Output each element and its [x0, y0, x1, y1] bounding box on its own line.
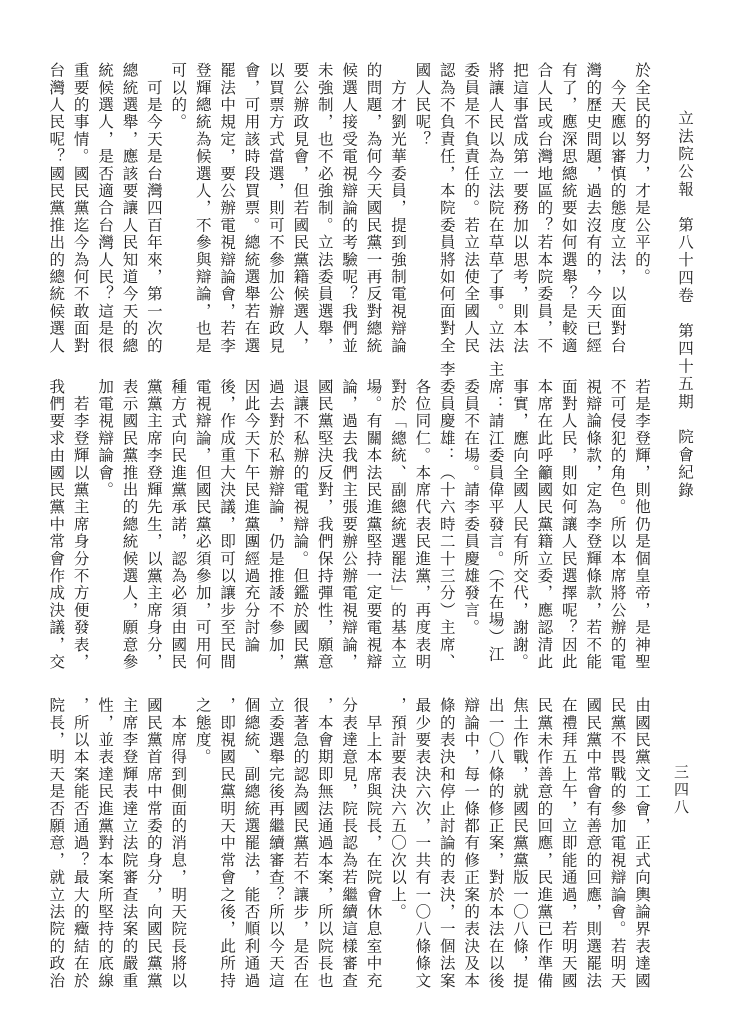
text-column: 面對人民，則如何讓人民選擇呢？因此: [555, 361, 579, 679]
text-column: 條的表決和停止討論的表決，一個法案: [433, 697, 457, 997]
text-column: 國民黨首席中常委的身分，向國民黨黨: [140, 697, 164, 997]
text-column: 黨黨主席李登輝先生，以黨主席身分，: [140, 361, 164, 679]
text-column: 未強制，也不必強制。立法委員選舉，: [311, 62, 335, 362]
text-column: 灣的歷史問題，過去沒有的，今天已經: [580, 62, 604, 362]
text-column: 把這事當成第一要務加以思考，則本法: [507, 62, 531, 362]
text-column: 重要的事情。國民黨迄今為何不敢面對: [67, 62, 91, 362]
text-column: 在禮拜五上午，立即能通過，若明天國: [555, 697, 579, 997]
text-column: 若是李登輝，則他仍是個皇帝，是神聖: [629, 361, 653, 679]
page-number: 三四八: [670, 764, 691, 817]
text-column: 認為不負責任，本院委員將如何面對全: [433, 62, 457, 362]
text-column: 主席：請江委員偉平發言。（不在場）江: [482, 361, 506, 679]
text-column: 李委員慶雄：（十六時二十三分）主席、: [433, 361, 457, 679]
text-column: 主席李登輝表達立法院審查法案的嚴重: [116, 697, 140, 997]
text-column: 方才劉光華委員，提到強制電視辯論: [385, 62, 409, 362]
text-column: 今天應以審慎的態度立法，以面對台: [604, 62, 628, 362]
text-column: 要公辦政見會，但若國民黨籍候選人，: [287, 62, 311, 362]
text-column: 早上本席與院長，在院會休息室中充: [360, 697, 384, 997]
text-column: 後，作成重大決議，即可以讓步至民間: [214, 361, 238, 679]
text-column: 可以的。: [165, 62, 189, 362]
gazette-header: 立法院公報 第八十四卷 第四十五期 院會紀錄: [673, 110, 695, 490]
text-column: 性，並表達民進黨對本案所堅持的底線: [92, 697, 116, 997]
text-column: 出一〇八條的修正案，對於本法在以後: [482, 697, 506, 997]
text-column: 將讓人民以為立法院在草草了事。立法: [482, 62, 506, 362]
text-column: ，即視國民黨明天中常會之後，此所持: [214, 697, 238, 997]
text-band-bottom: 由國民黨文工會，正式向輿論界表達國 民黨不畏戰的參加電視辯論會。若明天 國民黨中…: [39, 697, 653, 997]
document-page: { "page": { "header": "立法院公報 第八十四卷 第四十五期…: [0, 0, 743, 1024]
text-column: 我們要求由國民黨中常會作成決議，交: [43, 361, 67, 679]
text-column: 辯論中，每一條都有修正案的表決及本: [458, 697, 482, 997]
text-column: 統候選人，是否適合台灣人民？這是很: [92, 62, 116, 362]
text-column: 視辯論條款，定為李登輝條款，若不能: [580, 361, 604, 679]
text-column: 各位同仁。本席代表民進黨，再度表明: [409, 361, 433, 679]
text-column: 立委選舉完後再繼續審查？所以今天這: [263, 697, 287, 997]
text-column: 會，可用該時段買票。總統選舉若在選: [238, 62, 262, 362]
text-column: 總統選舉，應該要讓人民知道今天的總: [116, 62, 140, 362]
text-column: 表示國民黨推出的總統候選人，願意參: [116, 361, 140, 679]
text-column: 最少要表決六次，一共有一〇八條條文: [409, 697, 433, 997]
text-column: 合人民或台灣地區的？若本院委員，不: [531, 62, 555, 362]
text-column: 對於「總統、副總統選罷法」的基本立: [385, 361, 409, 679]
text-column: ，本會期即無法通過本案，所以院長也: [311, 697, 335, 997]
text-column: 民黨未作善意的回應，民進黨已作準備: [531, 697, 555, 997]
text-column: 於全民的努力，才是公平的。: [629, 62, 653, 362]
text-column: 電視辯論，但國民黨必須參加，可用何: [189, 361, 213, 679]
text-column: 因此今天下午民進黨團經過充分討論: [238, 361, 262, 679]
text-column: 可是今天是台灣四百年來，第一次的: [140, 62, 164, 362]
text-band-top: 於全民的努力，才是公平的。 今天應以審慎的態度立法，以面對台 灣的歷史問題，過去…: [39, 62, 653, 362]
text-column: 論，過去我們主張要辦公辦電視辯論，: [336, 361, 360, 679]
text-column: 委員不在場。請李委員慶雄發言。: [458, 361, 482, 679]
text-column: ，所以本案能否通過？最大的癥結在於: [67, 697, 91, 997]
text-column: 事實，應向全國人民有所交代，謝謝。: [507, 361, 531, 679]
text-column: 焦土作戰，就國民黨黨版一〇八條，提: [507, 697, 531, 997]
text-column: 很著急的認為國民黨若不讓步，是否在: [287, 697, 311, 997]
text-column: 有了，應深思總統要如何選舉？是較適: [555, 62, 579, 362]
text-column: 國民黨堅決反對，我們保持彈性，願意: [311, 361, 335, 679]
text-column: 民黨不畏戰的參加電視辯論會。若明天: [604, 697, 628, 997]
text-column: 種方式向民進黨承諾，認為必須由國民: [165, 361, 189, 679]
text-column: 過去對於私辦辯論，仍是推諉不參加，: [263, 361, 287, 679]
text-column: 以買票方式當選，則可不參加公辦政見: [263, 62, 287, 362]
text-column: ，預計要表決六五〇次以上。: [385, 697, 409, 997]
text-column: 若李登輝以黨主席身分不方便發表，: [67, 361, 91, 679]
text-band-middle: 若是李登輝，則他仍是個皇帝，是神聖 不可侵犯的角色。所以本席將公辦的電 視辯論條…: [39, 361, 653, 679]
text-column: 不可侵犯的角色。所以本席將公辦的電: [604, 361, 628, 679]
text-column: 的問題，為何今天國民黨一再反對總統: [360, 62, 384, 362]
text-column: 由國民黨文工會，正式向輿論界表達國: [629, 697, 653, 997]
text-column: 院長，明天是否願意，就立法院的政治: [43, 697, 67, 997]
text-column: 分表達意見，院長認為若繼續這樣審查: [336, 697, 360, 997]
text-column: 個總統、副總統選罷法，能否順利通過: [238, 697, 262, 997]
text-column: 登輝總統為候選人，不參與辯論，也是: [189, 62, 213, 362]
text-column: 場。有關本法民進黨堅持一定要電視辯: [360, 361, 384, 679]
text-column: 本席得到側面的消息，明天院長將以: [165, 697, 189, 997]
text-column: 候選人接受電視辯論的考驗呢？我們並: [336, 62, 360, 362]
text-column: 加電視辯論會。: [92, 361, 116, 679]
text-column: 之態度。: [189, 697, 213, 997]
text-column: 退讓不私辦的電視辯論。但鑑於國民黨: [287, 361, 311, 679]
text-column: 罷法中規定，要公辦電視辯論會，若李: [214, 62, 238, 362]
text-column: 委員是不負責任的。若立法使全國人民: [458, 62, 482, 362]
text-column: 國人民呢？: [409, 62, 433, 362]
text-column: 本席在此呼籲國民黨籍立委，應認清此: [531, 361, 555, 679]
text-column: 台灣人民呢？國民黨推出的總統候選人: [43, 62, 67, 362]
text-column: 國民黨中常會有善意的回應，則選罷法: [580, 697, 604, 997]
